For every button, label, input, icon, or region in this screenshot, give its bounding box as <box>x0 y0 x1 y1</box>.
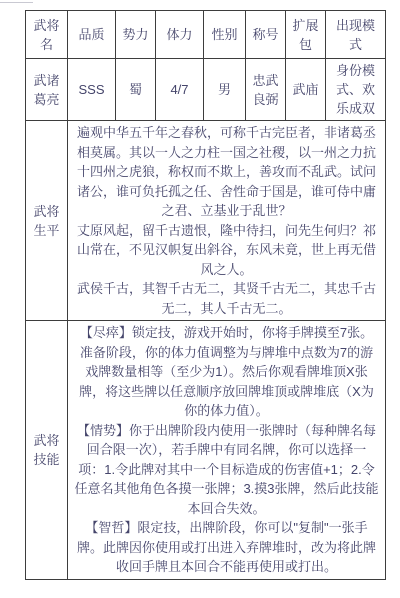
general-info-table: 武将名 品质 势力 体力 性别 称号 扩展包 出现模式 武诸葛亮 SSS 蜀 4… <box>25 10 386 580</box>
faction-value: 蜀 <box>116 59 156 121</box>
header-cell-gender: 性别 <box>204 11 246 59</box>
bio-text-cell: 遍观中华五千年之春秋，可称千古完臣者，非诸葛丞相莫属。其以一人之力柱一国之社稷，… <box>68 121 386 321</box>
quality-value: SSS <box>68 59 116 121</box>
header-cell-hp: 体力 <box>156 11 204 59</box>
header-cell-general-name: 武将名 <box>26 11 68 59</box>
gender-value: 男 <box>204 59 246 121</box>
modes-value: 身份模式、欢乐成双 <box>326 59 386 121</box>
header-cell-faction: 势力 <box>116 11 156 59</box>
skill-paragraph-zhizhe: 【智哲】限定技，出牌阶段，你可以"复制"一张手牌。此牌因你使用或打出进入弃牌堆时… <box>74 518 379 577</box>
skills-text-cell: 【尽瘁】锁定技，游戏开始时，你将手牌摸至7张。准备阶段，你的体力值调整为与牌堆中… <box>68 321 386 580</box>
header-cell-quality: 品质 <box>68 11 116 59</box>
header-cell-expansion: 扩展包 <box>286 11 326 59</box>
bio-paragraph-3: 武侯千古，其智千古无二，其贤千古无二，其忠千古无二，其人千古无二。 <box>74 279 379 318</box>
skills-row: 武将技能 【尽瘁】锁定技，游戏开始时，你将手牌摸至7张。准备阶段，你的体力值调整… <box>26 321 386 580</box>
skills-label: 武将技能 <box>26 321 68 580</box>
crop-artifact-line <box>0 2 33 3</box>
hp-value: 4/7 <box>156 59 204 121</box>
header-cell-modes: 出现模式 <box>326 11 386 59</box>
bio-paragraph-2: 丈原风起，留千古遗恨，隆中待扫，问先生何归？祁山常在，不见汉帜复出斜谷，东风未竟… <box>74 221 379 280</box>
header-cell-title: 称号 <box>246 11 286 59</box>
table-header-row: 武将名 品质 势力 体力 性别 称号 扩展包 出现模式 <box>26 11 386 59</box>
bio-paragraph-1: 遍观中华五千年之春秋，可称千古完臣者，非诸葛丞相莫属。其以一人之力柱一国之社稷，… <box>74 123 379 221</box>
bio-row: 武将生平 遍观中华五千年之春秋，可称千古完臣者，非诸葛丞相莫属。其以一人之力柱一… <box>26 121 386 321</box>
skill-paragraph-qingshi: 【情势】你于出牌阶段内使用一张牌时（每种牌名每回合限一次），若手牌中有同名牌，你… <box>74 421 379 519</box>
expansion-value: 武庙 <box>286 59 326 121</box>
general-name-value: 武诸葛亮 <box>26 59 68 121</box>
title-value: 忠武良弼 <box>246 59 286 121</box>
skill-paragraph-jincui: 【尽瘁】锁定技，游戏开始时，你将手牌摸至7张。准备阶段，你的体力值调整为与牌堆中… <box>74 323 379 421</box>
general-data-row: 武诸葛亮 SSS 蜀 4/7 男 忠武良弼 武庙 身份模式、欢乐成双 <box>26 59 386 121</box>
bio-label: 武将生平 <box>26 121 68 321</box>
